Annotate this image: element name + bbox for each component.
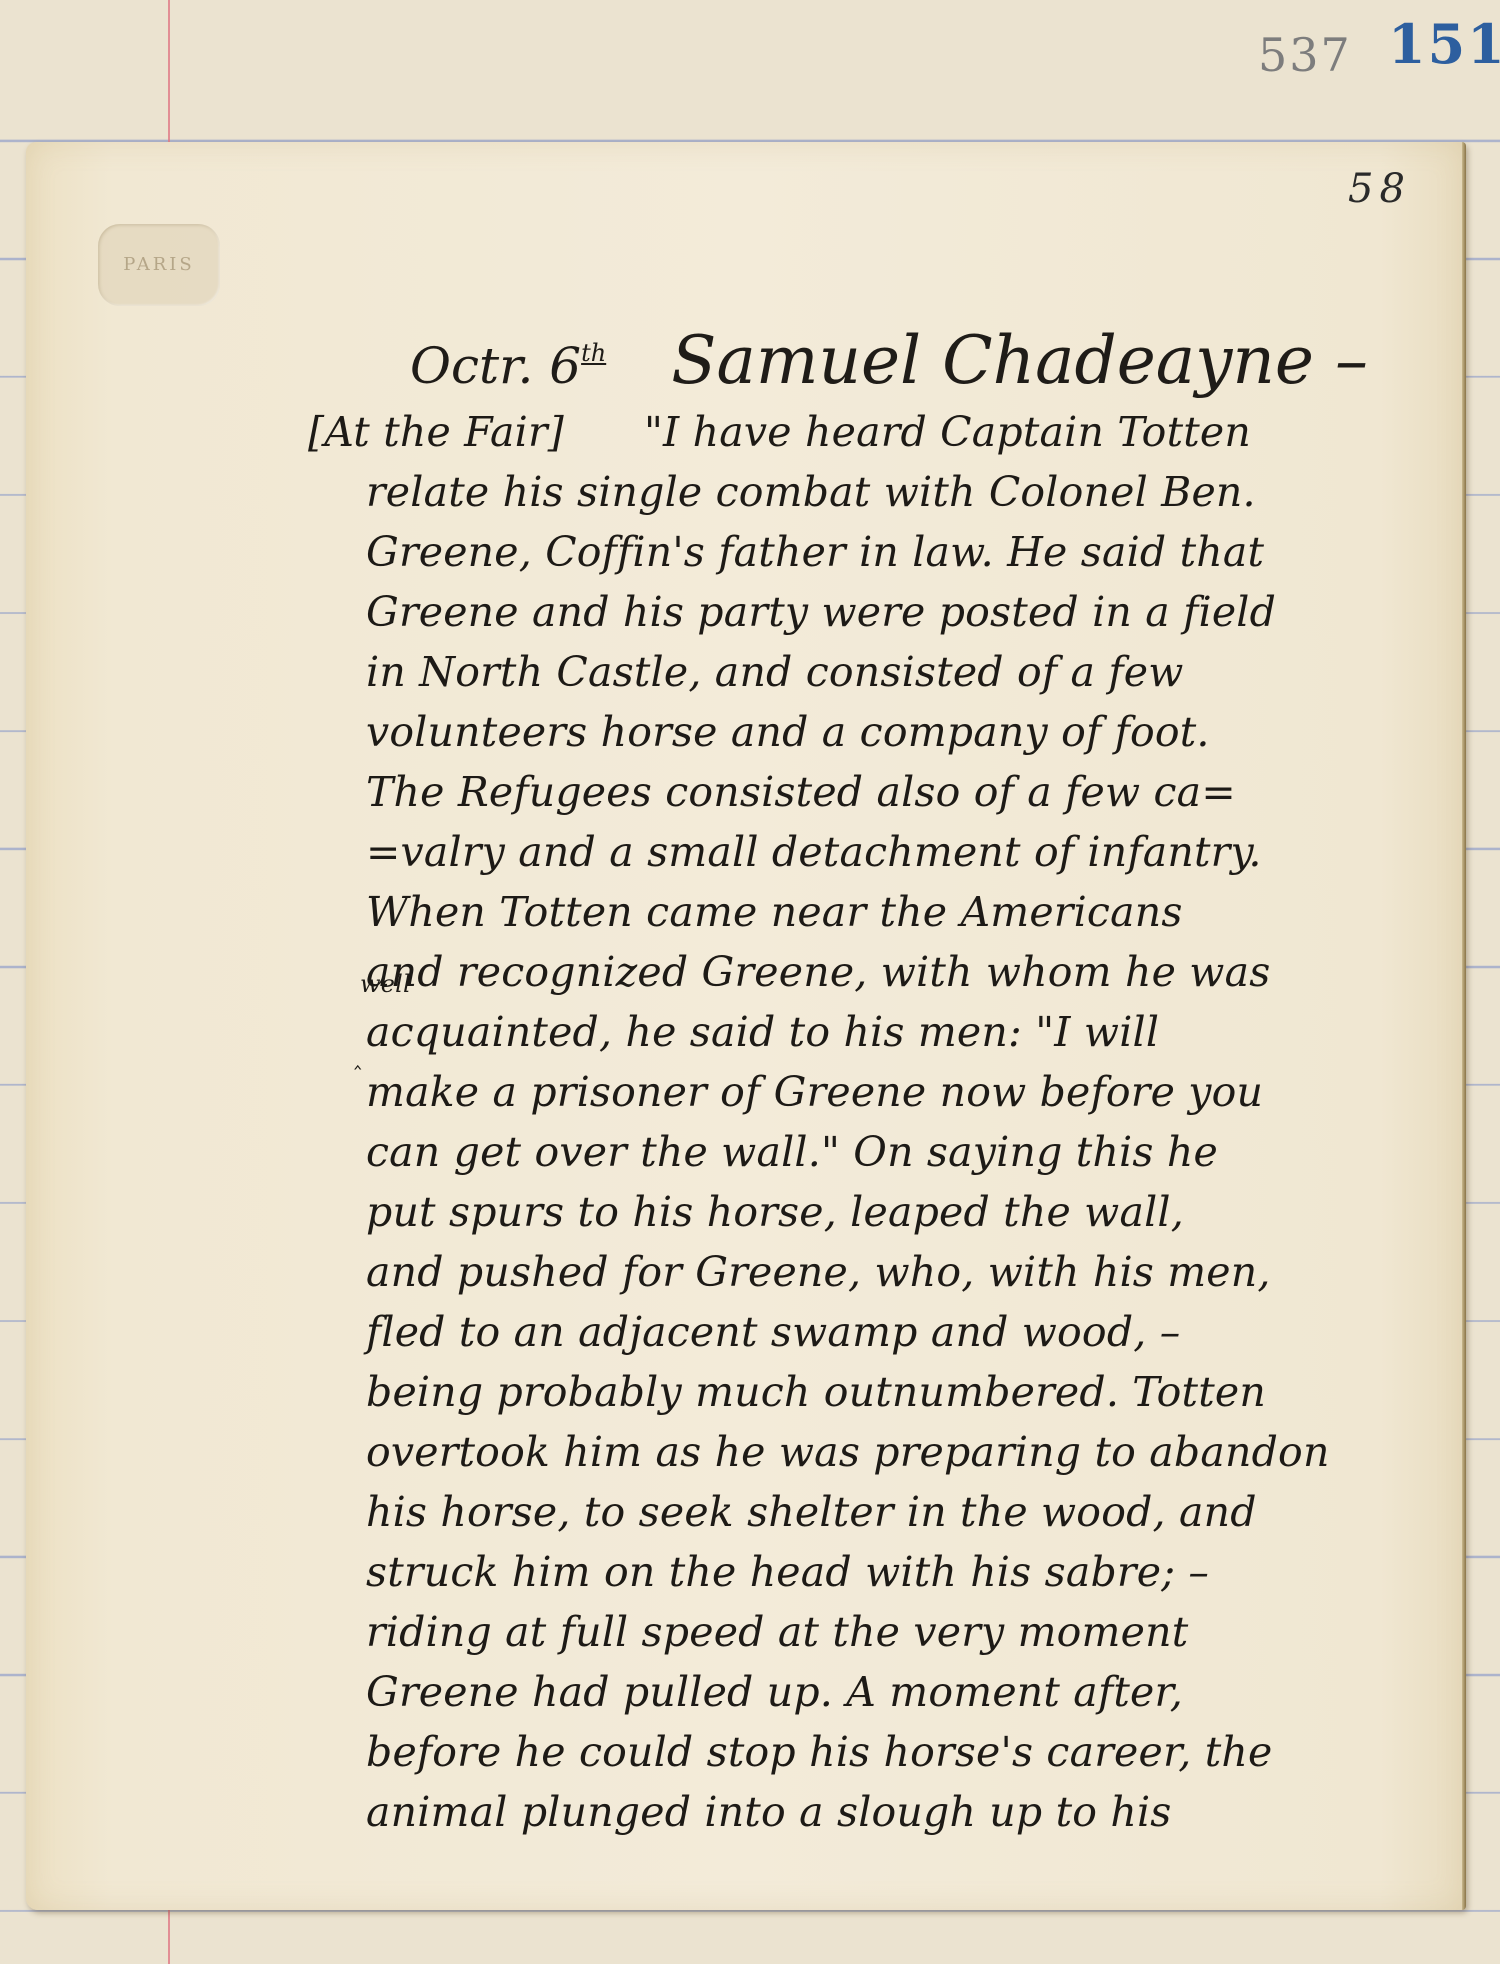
- text-line: fled to an adjacent swamp and wood, –: [366, 1302, 1476, 1362]
- text-line: and pushed for Greene, who, with his men…: [366, 1242, 1476, 1302]
- interlinear-insertion: well: [360, 972, 411, 996]
- text-line: before he could stop his horse's career,…: [366, 1722, 1476, 1782]
- text-line: riding at full speed at the very moment: [366, 1602, 1476, 1662]
- text-line: When Totten came near the Americans: [366, 882, 1476, 942]
- page-number: 58: [1348, 166, 1411, 212]
- location-aside: [At the Fair]: [308, 402, 564, 462]
- manuscript-leaf: PARIS 58 Octr. 6th Samuel Chadeayne – [A…: [26, 142, 1466, 1910]
- informant-name: Samuel Chadeayne –: [671, 322, 1368, 399]
- text-line: Greene had pulled up. A moment after,: [366, 1662, 1476, 1722]
- text-line: volunteers horse and a company of foot.: [366, 702, 1476, 762]
- insertion-caret-icon: ‸: [354, 1028, 362, 1088]
- archive-folio-number: 151: [1388, 12, 1500, 76]
- text-line: in North Castle, and consisted of a few: [366, 642, 1476, 702]
- text-line: being probably much outnumbered. Totten: [366, 1362, 1476, 1422]
- text-line: struck him on the head with his sabre; –: [366, 1542, 1476, 1602]
- text-line: Greene, Coffin's father in law. He said …: [366, 522, 1476, 582]
- text-line: relate his single combat with Colonel Be…: [366, 462, 1476, 522]
- text-line: The Refugees consisted also of a few ca=: [366, 762, 1476, 822]
- text-line: Greene and his party were posted in a fi…: [366, 582, 1476, 642]
- entry-date: Octr. 6th: [410, 337, 606, 395]
- text-line: his horse, to seek shelter in the wood, …: [366, 1482, 1476, 1542]
- text-line: can get over the wall." On saying this h…: [366, 1122, 1476, 1182]
- text-line: animal plunged into a slough up to his: [366, 1782, 1476, 1842]
- text-line: put spurs to his horse, leaped the wall,: [366, 1182, 1476, 1242]
- text-line: make a prisoner of Greene now before you: [366, 1062, 1476, 1122]
- text-line: overtook him as he was preparing to aban…: [366, 1422, 1476, 1482]
- archive-stamp-number: 537: [1258, 28, 1352, 82]
- text-line: =valry and a small detachment of infantr…: [366, 822, 1476, 882]
- text-line: [At the Fair]"I have heard Captain Totte…: [366, 402, 1476, 462]
- manuscript-text: [At the Fair]"I have heard Captain Totte…: [366, 402, 1476, 1842]
- text-line: and recognized Greene, with whom he was: [366, 942, 1476, 1002]
- entry-heading: Octr. 6th Samuel Chadeayne –: [410, 322, 1368, 399]
- text-line: well‸acquainted, he said to his men: "I …: [366, 1002, 1476, 1062]
- paris-emboss-stamp: PARIS: [98, 224, 220, 306]
